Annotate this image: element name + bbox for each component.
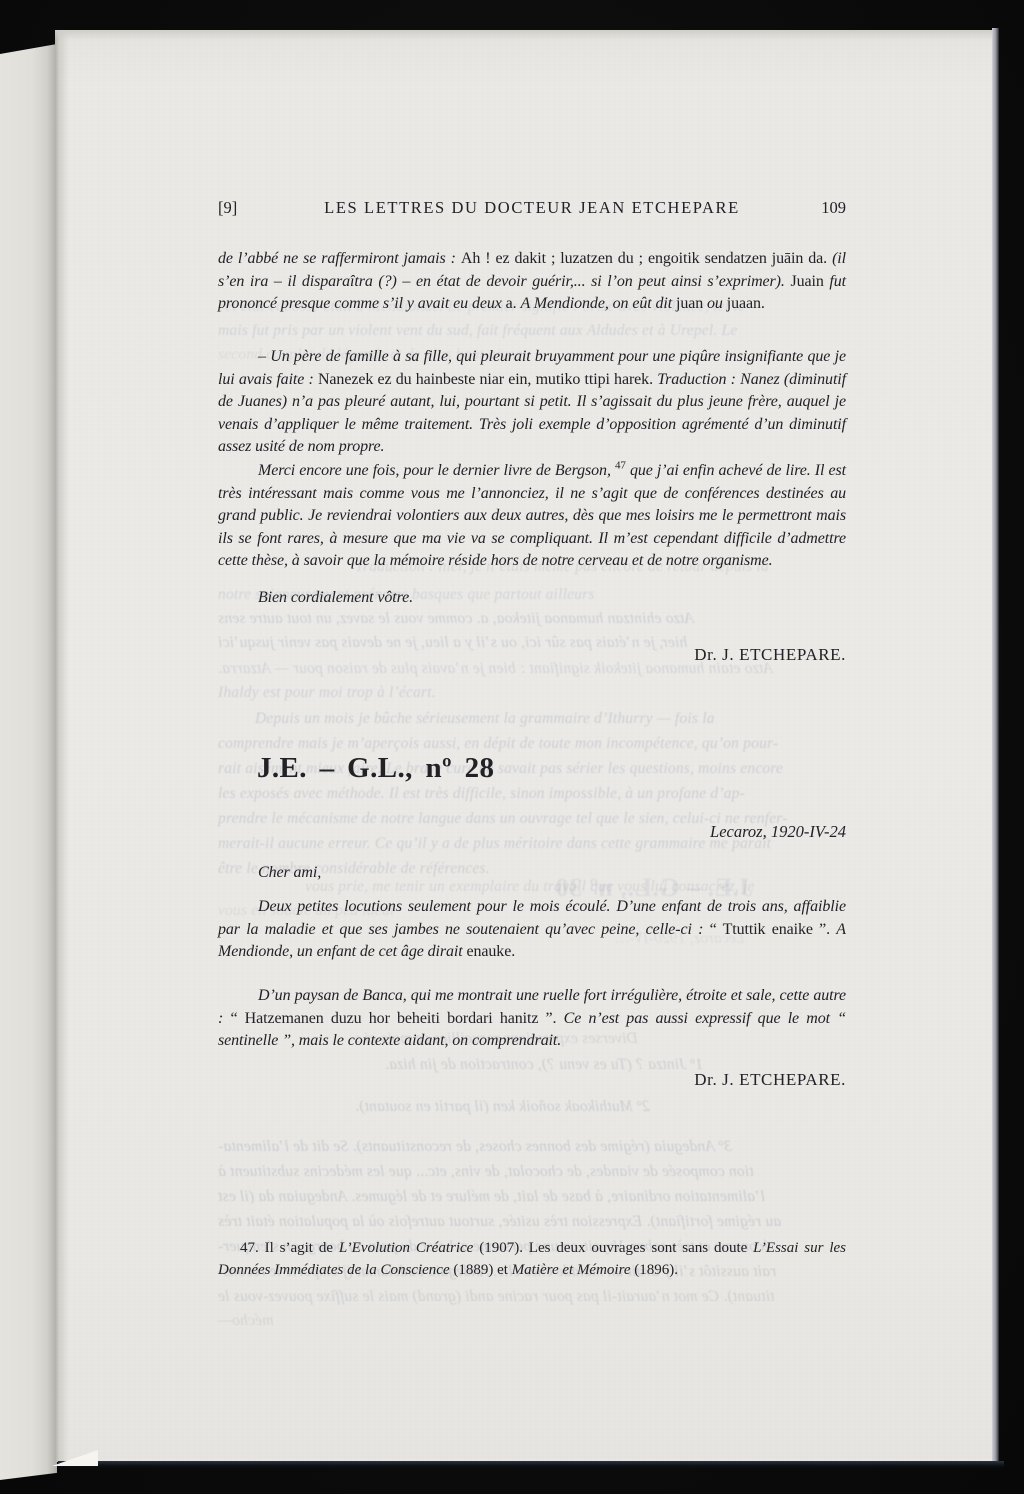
text-segment: Matière et Mémoire: [512, 1262, 635, 1278]
text-segment: (1889) et: [453, 1262, 511, 1278]
page-bottom-shadow: [58, 1461, 1004, 1468]
text-segment: A Mendionde, on eût dit: [520, 295, 676, 312]
header-page-number: 109: [776, 198, 846, 218]
paragraph-continuation: de l’abbé ne se raffermiront jamais : Ah…: [218, 248, 846, 316]
text-segment: (1907). Les deux ouvrages sont sans dout…: [479, 1240, 753, 1256]
paragraph-bergson: Merci encore une fois, pour le dernier l…: [218, 460, 846, 573]
previous-page-edge: [0, 44, 57, 1480]
text-segment: enauke.: [466, 943, 515, 960]
text-segment: juan: [676, 295, 707, 312]
text-segment: “ Hatzemanen duzu hor beheiti bordari ha…: [230, 1010, 563, 1027]
closing-formula: Bien cordialement vôtre.: [218, 587, 846, 610]
text-segment: “ Ttuttik enaike ”.: [710, 921, 837, 938]
text-segment: de l’abbé ne se raffermiront jamais :: [218, 250, 461, 267]
page-right-edge: [992, 28, 999, 1464]
header-section-number: [9]: [218, 198, 288, 218]
header-title: LES LETTRES DU DOCTEUR JEAN ETCHEPARE: [288, 198, 776, 218]
text-segment: a.: [506, 295, 521, 312]
text-segment: (1896).: [634, 1262, 678, 1278]
text-segment: Ah ! ez dakit ; luzatzen du ; engoitik s…: [461, 250, 832, 267]
text-segment: Nanezek ez du hainbeste niar ein, mutiko…: [318, 371, 657, 388]
scan-backdrop: cet état cabossé était à Mendionde. Le p…: [0, 0, 1024, 1494]
text-segment: Cher ami,: [258, 864, 321, 881]
text-segment: Bien cordialement vôtre.: [258, 589, 413, 606]
text-segment: 47: [615, 460, 626, 472]
text-segment: juaan.: [727, 295, 765, 312]
text-segment: Juain: [790, 273, 829, 290]
text-segment: 47. Il s’agit de: [240, 1240, 339, 1256]
salutation: Cher ami,: [218, 862, 846, 885]
text-segment: L’Evolution Créatrice: [339, 1240, 479, 1256]
paragraph-locution2: D’un paysan de Banca, qui me montrait un…: [218, 985, 846, 1053]
letter-signature-second: Dr. J. ETCHEPARE.: [218, 1070, 926, 1090]
section-heading: J.E. – G.L., nº 28: [257, 752, 494, 785]
page-text-layer: [9] LES LETTRES DU DOCTEUR JEAN ETCHEPAR…: [55, 30, 993, 1462]
footnote: 47. Il s’agit de L’Evolution Créatrice (…: [218, 1238, 846, 1281]
text-segment: ou: [707, 295, 727, 312]
running-header: [9] LES LETTRES DU DOCTEUR JEAN ETCHEPAR…: [218, 198, 846, 218]
letter-signature-first: Dr. J. ETCHEPARE.: [218, 645, 926, 665]
paragraph-locution1: Deux petites locutions seulement pour le…: [218, 896, 846, 964]
text-segment: Merci encore une fois, pour le dernier l…: [258, 462, 615, 479]
scanned-page: cet état cabossé était à Mendionde. Le p…: [55, 30, 993, 1462]
dateline: Lecaroz, 1920-IV-24: [218, 822, 846, 842]
paragraph-anecdote: – Un père de famille à sa fille, qui ple…: [218, 346, 846, 459]
